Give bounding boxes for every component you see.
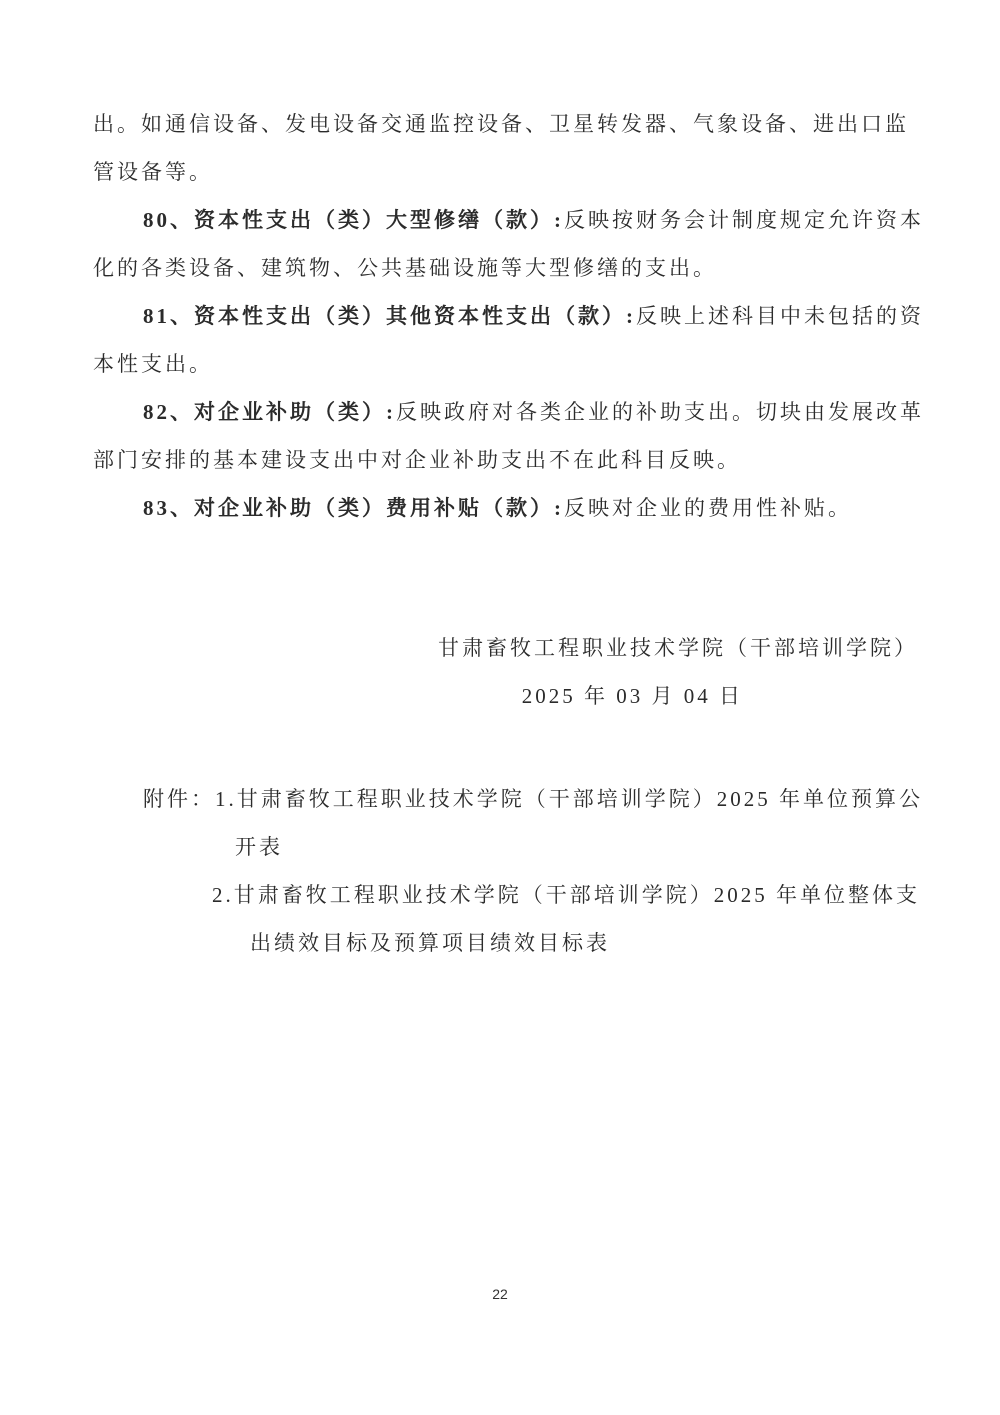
attachments-label: 附件： bbox=[143, 787, 215, 811]
document-content: 出。如通信设备、发电设备交通监控设备、卫星转发器、气象设备、进出口监 管设备等。… bbox=[0, 0, 1000, 967]
body-line-text: 本性支出。 bbox=[93, 352, 213, 376]
body-line: 80、资本性支出（类）大型修缮（款）:反映按财务会计制度规定允许资本 bbox=[93, 196, 918, 244]
body-line: 83、对企业补助（类）费用补贴（款）:反映对企业的费用性补贴。 bbox=[93, 484, 918, 532]
body-line: 出。如通信设备、发电设备交通监控设备、卫星转发器、气象设备、进出口监 bbox=[93, 100, 918, 148]
signature-date: 2025 年 03 月 04 日 bbox=[93, 672, 918, 720]
attachment-item-2-line-1: 2.甘肃畜牧工程职业技术学院（干部培训学院）2025 年单位整体支 bbox=[93, 871, 918, 919]
attachment-item-1-number: 1. bbox=[215, 787, 237, 811]
page-number: 22 bbox=[0, 1286, 1000, 1302]
signature-block: 甘肃畜牧工程职业技术学院（干部培训学院） 2025 年 03 月 04 日 bbox=[93, 624, 918, 720]
body-line-text: 反映对企业的费用性补贴。 bbox=[564, 496, 852, 520]
body-line-bold-text: 83、对企业补助（类）费用补贴（款）: bbox=[143, 496, 564, 520]
body-line-text: 化的各类设备、建筑物、公共基础设施等大型修缮的支出。 bbox=[93, 256, 717, 280]
body-line: 本性支出。 bbox=[93, 340, 918, 388]
attachment-item-2-number: 2. bbox=[212, 883, 234, 907]
body-line: 部门安排的基本建设支出中对企业补助支出不在此科目反映。 bbox=[93, 436, 918, 484]
body-line: 管设备等。 bbox=[93, 148, 918, 196]
body-line-bold-text: 81、资本性支出（类）其他资本性支出（款）: bbox=[143, 304, 636, 328]
body-line: 81、资本性支出（类）其他资本性支出（款）:反映上述科目中未包括的资 bbox=[93, 292, 918, 340]
body-line-bold-text: 82、对企业补助（类）: bbox=[143, 400, 396, 424]
body-line: 化的各类设备、建筑物、公共基础设施等大型修缮的支出。 bbox=[93, 244, 918, 292]
signature-organization: 甘肃畜牧工程职业技术学院（干部培训学院） bbox=[93, 624, 918, 672]
body-line-text: 反映按财务会计制度规定允许资本 bbox=[564, 208, 924, 232]
attachment-item-1-line-1: 附件：1.甘肃畜牧工程职业技术学院（干部培训学院）2025 年单位预算公 bbox=[93, 775, 918, 823]
body-line-bold-text: 80、资本性支出（类）大型修缮（款）: bbox=[143, 208, 564, 232]
body-line-text: 反映上述科目中未包括的资 bbox=[636, 304, 924, 328]
body-line-text: 反映政府对各类企业的补助支出。切块由发展改革 bbox=[396, 400, 924, 424]
attachment-item-1-line-2: 开表 bbox=[93, 823, 918, 871]
body-line-text: 出。如通信设备、发电设备交通监控设备、卫星转发器、气象设备、进出口监 bbox=[93, 112, 909, 136]
attachment-item-1-text: 甘肃畜牧工程职业技术学院（干部培训学院）2025 年单位预算公 bbox=[237, 787, 923, 811]
attachment-item-2-text: 甘肃畜牧工程职业技术学院（干部培训学院）2025 年单位整体支 bbox=[234, 883, 920, 907]
body-line-text: 部门安排的基本建设支出中对企业补助支出不在此科目反映。 bbox=[93, 448, 741, 472]
document-page: 出。如通信设备、发电设备交通监控设备、卫星转发器、气象设备、进出口监 管设备等。… bbox=[0, 0, 1000, 1415]
attachment-item-2-line-2: 出绩效目标及预算项目绩效目标表 bbox=[93, 919, 918, 967]
body-line: 82、对企业补助（类）:反映政府对各类企业的补助支出。切块由发展改革 bbox=[93, 388, 918, 436]
attachments-block: 附件：1.甘肃畜牧工程职业技术学院（干部培训学院）2025 年单位预算公 开表 … bbox=[93, 775, 918, 967]
body-line-text: 管设备等。 bbox=[93, 160, 213, 184]
